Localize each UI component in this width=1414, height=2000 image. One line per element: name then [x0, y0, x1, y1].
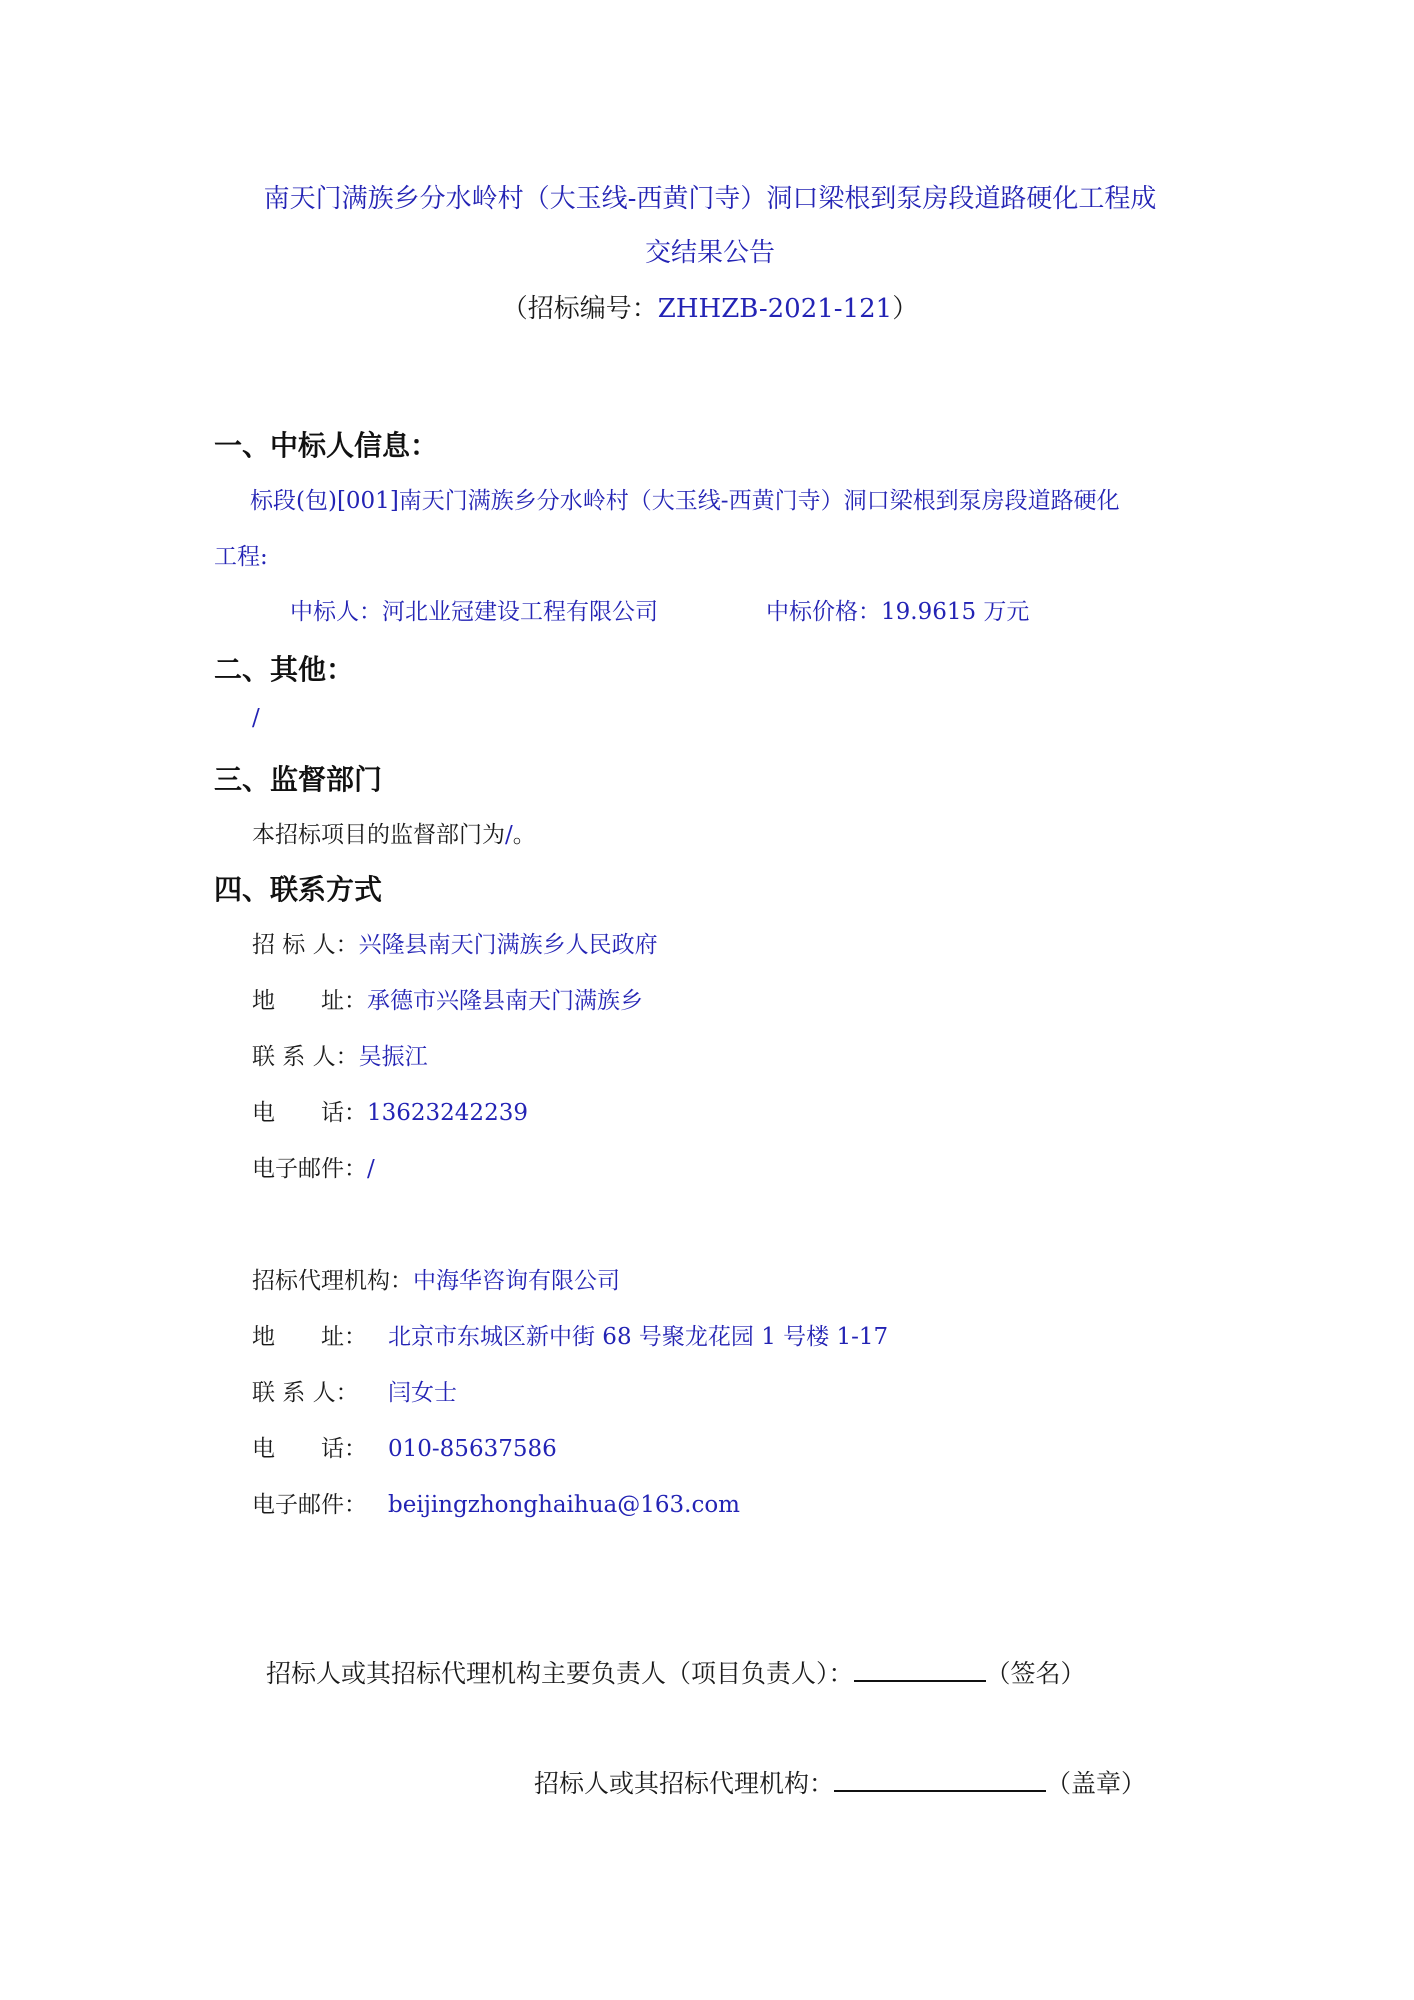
section-heading-other: 二、其他： — [214, 648, 354, 688]
agency-phone-row: 电 话：010-85637586 — [252, 1430, 557, 1463]
winner-row: 中标人：河北业冠建设工程有限公司 — [290, 593, 658, 626]
agency-name: 中海华咨询有限公司 — [413, 1268, 620, 1294]
agency-name-label: 招标代理机构： — [252, 1262, 413, 1295]
other-content: / — [252, 705, 260, 731]
agency-name-row: 招标代理机构：中海华咨询有限公司 — [252, 1262, 620, 1295]
agency-address-label: 地 址： — [252, 1318, 388, 1351]
seal-row: 招标人或其招标代理机构：（盖章） — [534, 1764, 1146, 1800]
price-label: 中标价格： — [766, 599, 881, 625]
winner-label: 中标人： — [290, 599, 382, 625]
agency-contact-row: 联 系 人：闫女士 — [252, 1374, 457, 1407]
tenderer-contact: 吴振江 — [359, 1044, 428, 1070]
tenderer-contact-row: 联 系 人：吴振江 — [252, 1038, 428, 1071]
tenderer-name-label: 招 标 人： — [252, 926, 359, 959]
bid-number-close: ） — [892, 294, 918, 324]
bid-number-label: （招标编号： — [502, 294, 658, 324]
signature-row: 招标人或其招标代理机构主要负责人（项目负责人）：（签名） — [266, 1654, 1086, 1690]
document-title-line2: 交结果公告 — [210, 226, 1210, 280]
agency-contact: 闫女士 — [388, 1380, 457, 1406]
section-heading-winner-info: 一、中标人信息： — [214, 424, 438, 464]
tenderer-address-label: 地 址： — [252, 982, 367, 1015]
agency-phone: 010-85637586 — [388, 1436, 557, 1462]
price-row: 中标价格：19.9615 万元 — [766, 593, 1029, 626]
seal-line[interactable] — [834, 1768, 1046, 1792]
tenderer-address-row: 地 址：承德市兴隆县南天门满族乡 — [252, 982, 643, 1015]
supervision-text: 本招标项目的监督部门为 — [252, 822, 505, 848]
tenderer-phone-label: 电 话： — [252, 1094, 367, 1127]
lot-description-line1: 标段(包)[001]南天门满族乡分水岭村（大玉线-西黄门寺）洞口梁根到泵房段道路… — [250, 482, 1120, 515]
tenderer-phone: 13623242239 — [367, 1100, 528, 1126]
agency-email: beijingzhonghaihua@163.com — [388, 1492, 740, 1518]
section-heading-supervision: 三、监督部门 — [214, 758, 382, 798]
tenderer-name: 兴隆县南天门满族乡人民政府 — [359, 932, 658, 958]
supervision-period: 。 — [513, 822, 536, 848]
signature-line[interactable] — [854, 1658, 986, 1682]
bid-number: （招标编号：ZHHZB-2021-121） — [210, 282, 1210, 336]
lot-description-line2: 工程: — [214, 538, 268, 571]
agency-address-row: 地 址：北京市东城区新中街 68 号聚龙花园 1 号楼 1-17 — [252, 1318, 888, 1351]
agency-address: 北京市东城区新中街 68 号聚龙花园 1 号楼 1-17 — [388, 1324, 888, 1350]
announcement-page: 南天门满族乡分水岭村（大玉线-西黄门寺）洞口梁根到泵房段道路硬化工程成 交结果公… — [0, 0, 1414, 2000]
agency-phone-label: 电 话： — [252, 1430, 388, 1463]
tenderer-contact-label: 联 系 人： — [252, 1038, 359, 1071]
tenderer-name-row: 招 标 人：兴隆县南天门满族乡人民政府 — [252, 926, 658, 959]
agency-email-label: 电子邮件： — [252, 1486, 388, 1519]
tenderer-email-label: 电子邮件： — [252, 1150, 367, 1183]
tenderer-email-row: 电子邮件：/ — [252, 1150, 375, 1183]
signature-label: 招标人或其招标代理机构主要负责人（项目负责人）： — [266, 1659, 854, 1688]
tenderer-address: 承德市兴隆县南天门满族乡 — [367, 988, 643, 1014]
supervision-content: 本招标项目的监督部门为/。 — [252, 816, 536, 849]
tenderer-email: / — [367, 1156, 375, 1182]
seal-suffix: （盖章） — [1046, 1769, 1146, 1798]
signature-suffix: （签名） — [986, 1659, 1086, 1688]
winner-name: 河北业冠建设工程有限公司 — [382, 599, 658, 625]
price-value: 19.9615 万元 — [881, 599, 1029, 625]
bid-number-value: ZHHZB-2021-121 — [658, 294, 892, 324]
agency-email-row: 电子邮件：beijingzhonghaihua@163.com — [252, 1486, 740, 1519]
document-title-line1: 南天门满族乡分水岭村（大玉线-西黄门寺）洞口梁根到泵房段道路硬化工程成 — [210, 172, 1210, 226]
section-heading-contact: 四、联系方式 — [214, 868, 382, 908]
agency-contact-label: 联 系 人： — [252, 1374, 388, 1407]
supervision-value: / — [505, 822, 513, 848]
tenderer-phone-row: 电 话：13623242239 — [252, 1094, 528, 1127]
seal-label: 招标人或其招标代理机构： — [534, 1769, 834, 1798]
